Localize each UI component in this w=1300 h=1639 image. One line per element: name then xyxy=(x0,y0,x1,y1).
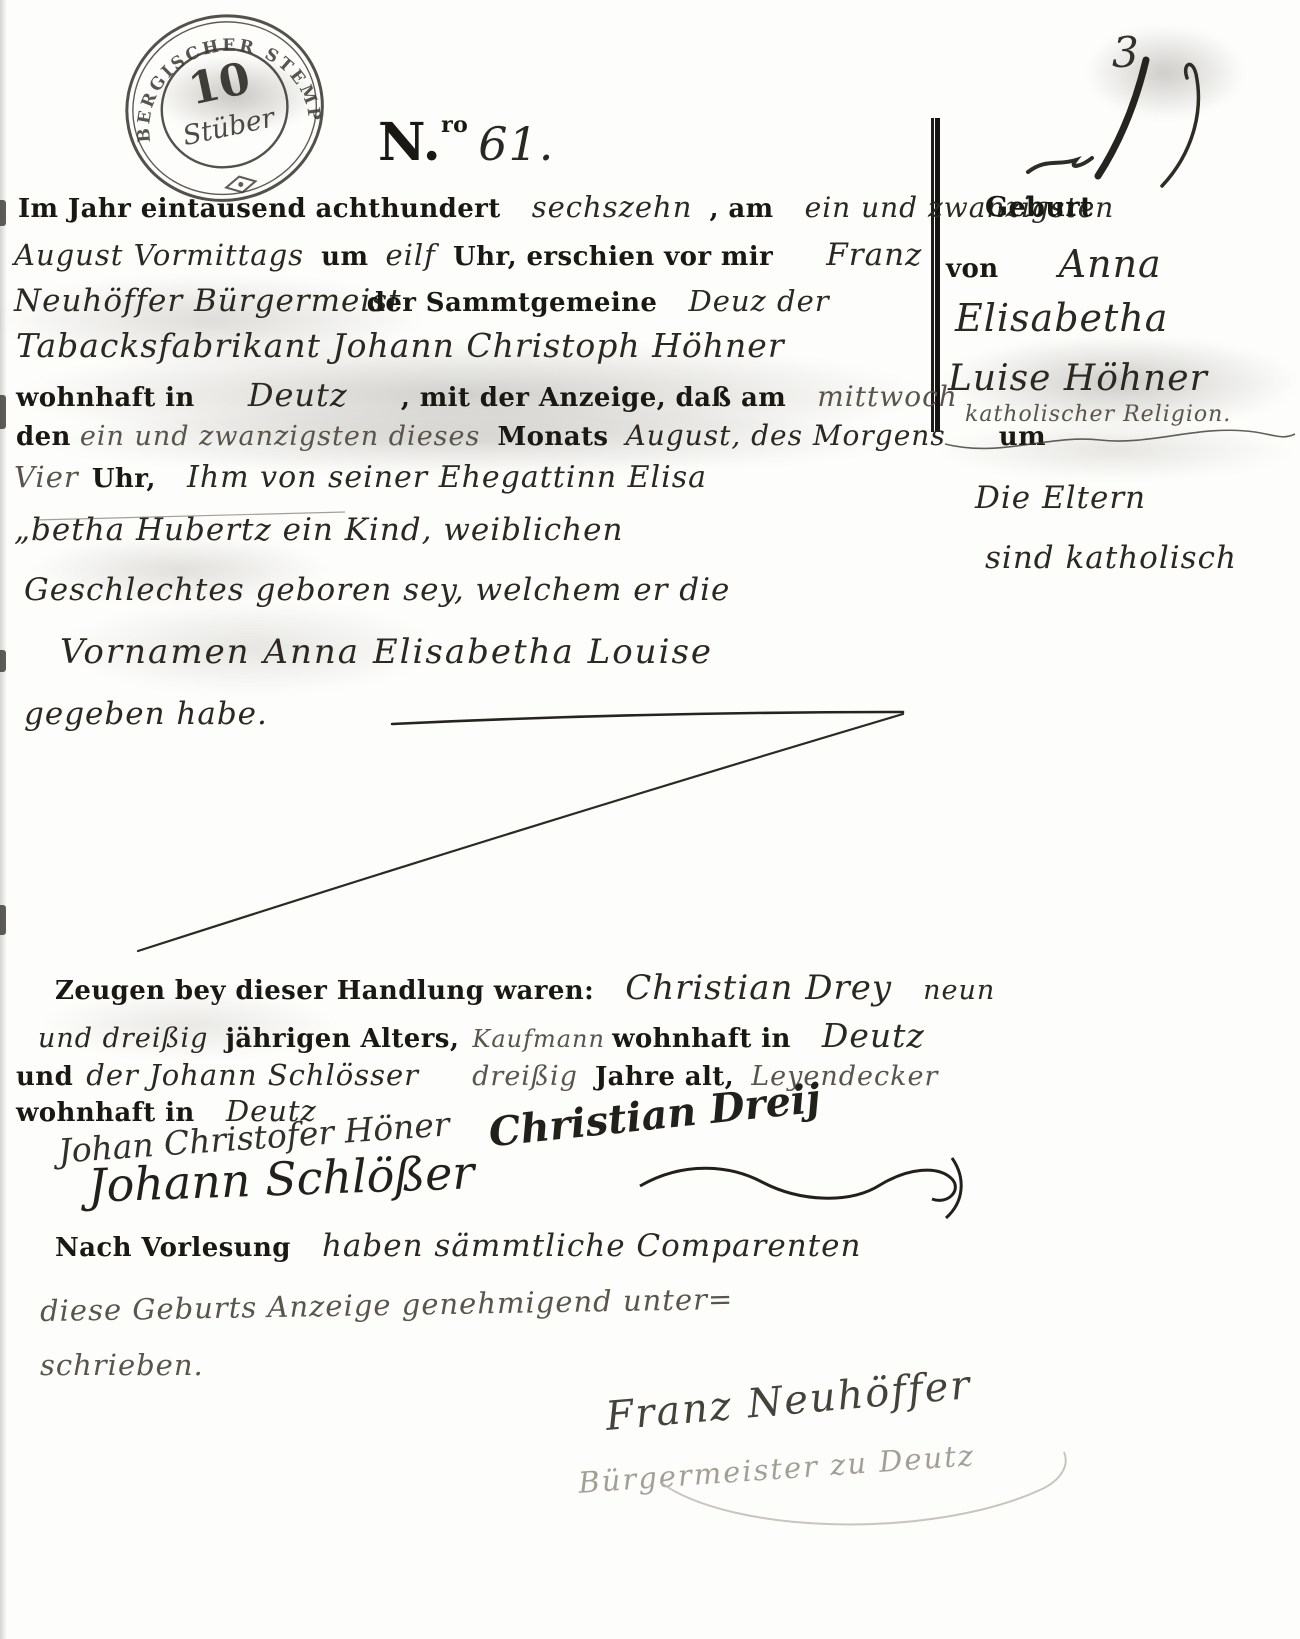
body-line-2: August Vormittags um eilf Uhr, erschien … xyxy=(14,237,922,273)
form-text: den xyxy=(16,422,71,452)
signature-flourish-loops xyxy=(640,1168,955,1200)
margin-child-name-3: Luise Höhner xyxy=(948,358,1208,399)
diagonal-cancellation-stroke xyxy=(138,714,903,951)
body-line-4: Tabacksfabrikant Johann Christoph Höhner xyxy=(16,326,785,365)
margin-child-name-2: Elisabetha xyxy=(955,296,1168,340)
scan-edge-mark xyxy=(0,200,6,226)
body-line-8: „betha Hubertz ein Kind, weiblichen xyxy=(14,512,623,548)
doc-no-value: 61. xyxy=(478,117,554,171)
body-line-10: Vornamen Anna Elisabetha Louise xyxy=(60,632,713,672)
form-text-witness-intro: Zeugen bey dieser Handlung waren: xyxy=(55,976,594,1006)
doc-no-sup: ro xyxy=(441,112,468,138)
entry-official-surname: Neuhöffer Bürgermeist xyxy=(14,283,402,319)
stamp-ring-text-holder: BERGISCHER STEMPEL xyxy=(100,0,326,165)
entry-municipality: Deuz der xyxy=(688,284,829,318)
scan-edge-shadow xyxy=(0,0,7,1639)
closing-line-3: schrieben. xyxy=(40,1348,204,1382)
entry-hour: eilf xyxy=(385,238,435,272)
entry-child-names: Vornamen Anna Elisabetha Louise xyxy=(60,632,713,672)
body-line-6: den ein und zwanzigsten dieses Monats Au… xyxy=(16,419,1046,452)
witness-line-1: Zeugen bey dieser Handlung waren: Christ… xyxy=(55,968,995,1008)
entry-witness1-occupation: Kaufmann xyxy=(472,1025,605,1053)
body-line-1: Im Jahr eintausend achthundert sechszehn… xyxy=(18,190,1114,224)
form-text: , mit der Anzeige, daß am xyxy=(401,383,786,413)
form-text: der Sammtgemeine xyxy=(367,288,658,318)
form-text: wohnhaft in xyxy=(16,383,195,413)
document-number: N.ro61. xyxy=(378,112,554,173)
scan-edge-mark xyxy=(0,395,6,429)
blank-filler-rule xyxy=(392,712,903,724)
entry-month-time: August Vormittags xyxy=(14,238,304,272)
body-line-5: wohnhaft in Deutz , mit der Anzeige, daß… xyxy=(16,376,958,414)
margin-child-name-1: Anna xyxy=(1059,242,1162,286)
margin-religion: katholischer Religion. xyxy=(965,402,1231,427)
signature-official-title: Bürgermeister zu Deutz xyxy=(577,1438,976,1500)
margin-parents-line-1: Die Eltern xyxy=(975,480,1146,516)
margin-von-name: von Anna xyxy=(946,242,1162,286)
entry-witness1-age-part2: und dreißig xyxy=(38,1023,208,1054)
signature-official: Franz Neuhöffer xyxy=(604,1362,974,1440)
entry-weekday: mittwoch xyxy=(817,380,958,413)
corner-paraph-hook xyxy=(1162,64,1198,186)
entry-birth-day: ein und zwanzigsten dieses xyxy=(80,421,480,452)
form-text: wohnhaft in xyxy=(612,1024,791,1054)
scan-edge-mark xyxy=(0,650,6,672)
entry-closing-phrase: gegeben habe. xyxy=(24,696,268,732)
corner-paraph-stroke xyxy=(1098,60,1146,176)
scan-edge-mark xyxy=(0,905,6,935)
entry-mother-name-child: „betha Hubertz ein Kind, weiblichen xyxy=(14,512,623,548)
page-corner-number: 3 xyxy=(1112,28,1140,77)
entry-mother-intro: Ihm von seiner Ehegattinn Elisa xyxy=(187,460,707,495)
form-text-nach-vorlesung: Nach Vorlesung xyxy=(55,1233,291,1263)
scanned-birth-record-page: BERGISCHER STEMPEL 10 Stüber N.ro61. 3 I… xyxy=(0,0,1300,1639)
closing-line-1: Nach Vorlesung haben sämmtliche Comparen… xyxy=(55,1228,861,1264)
body-line-7: Vier Uhr, Ihm von seiner Ehegattinn Elis… xyxy=(14,460,707,495)
form-text-von: von xyxy=(946,254,999,284)
entry-closing-1: haben sämmtliche Comparenten xyxy=(322,1228,861,1264)
form-text: Im Jahr eintausend achthundert xyxy=(18,194,501,224)
form-text: Monats xyxy=(497,422,608,452)
stamp-value: 10 xyxy=(184,53,254,116)
signature-flourish-curl xyxy=(946,1158,961,1218)
margin-heading-geburt: Geburt xyxy=(985,192,1093,223)
entry-official-firstname: Franz xyxy=(826,237,922,273)
corner-paraph-squiggle xyxy=(1028,158,1092,172)
entry-witness2-name: der Johann Schlösser xyxy=(86,1058,419,1092)
stamp-unit: Stüber xyxy=(180,102,279,152)
margin-parents-line-2: sind katholisch xyxy=(985,540,1237,576)
witness-line-2: und dreißig jährigen Alters, Kaufmann wo… xyxy=(38,1016,925,1055)
body-line-3: Neuhöffer Bürgermeist der Sammtgemeine D… xyxy=(14,283,830,319)
entry-year: sechszehn xyxy=(532,190,693,224)
body-line-11: gegeben habe. xyxy=(24,696,268,732)
entry-witness2-age: dreißig xyxy=(472,1061,578,1092)
form-text: Uhr, xyxy=(92,464,156,494)
entry-birth-hour: Vier xyxy=(14,460,79,494)
form-text: jährigen Alters, xyxy=(226,1024,460,1054)
entry-father-name-occupation: Tabacksfabrikant Johann Christoph Höhner xyxy=(16,326,785,365)
doc-no-label: N. xyxy=(378,112,441,173)
entry-witness1-age-part1: neun xyxy=(923,975,995,1006)
entry-residence: Deutz xyxy=(248,376,348,414)
entry-sex-statement: Geschlechtes geboren sey, welchem er die xyxy=(24,572,730,608)
stamp-ring-text: BERGISCHER STEMPEL xyxy=(100,0,326,165)
form-text: und xyxy=(16,1062,73,1092)
entry-witness1-name: Christian Drey xyxy=(625,968,892,1008)
body-line-9: Geschlechtes geboren sey, welchem er die xyxy=(24,572,730,608)
ink-smudge xyxy=(1085,25,1245,120)
entry-birth-month: August, des Morgens xyxy=(625,419,945,452)
closing-line-2: diese Geburts Anzeige genehmigend unter= xyxy=(40,1282,734,1328)
form-text: Uhr, erschien vor mir xyxy=(453,242,773,272)
form-text: um xyxy=(321,242,368,272)
entry-witness1-place: Deutz xyxy=(822,1016,925,1055)
form-text: , am xyxy=(710,194,774,224)
